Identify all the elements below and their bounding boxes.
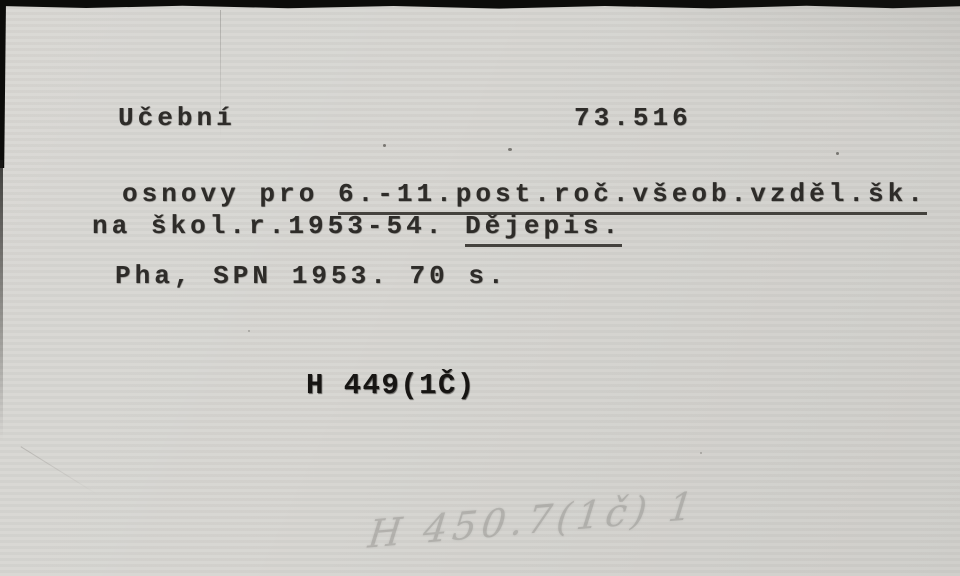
paper-speck — [383, 144, 386, 147]
classification-number: 73.516 — [574, 103, 692, 133]
pencil-annotation: H 450.7(1č) 1 — [366, 483, 701, 556]
heading-word: Učební — [118, 103, 236, 133]
title-line-1-underlined: 6.-11.post.roč.všeob.vzděl.šk. — [338, 179, 927, 215]
title-line-2: na škol.r.1953-54. Dějepis. — [92, 211, 622, 241]
scan-edge-left-fade — [0, 160, 3, 440]
shelf-mark: H 449(1Č) — [306, 369, 476, 402]
paper-speck — [836, 152, 839, 155]
paper-speck — [508, 148, 512, 151]
title-line-2-prefix: na škol.r.1953-54. — [92, 211, 465, 241]
scan-edge-left — [0, 0, 6, 168]
title-line-1: osnovy pro 6.-11.post.roč.všeob.vzděl.šk… — [122, 179, 927, 209]
title-line-2-underlined: Dějepis. — [465, 211, 622, 247]
scan-shading — [660, 0, 960, 120]
title-line-1-prefix: osnovy pro — [122, 179, 338, 209]
paper-crease — [21, 446, 98, 495]
paper-speck — [248, 330, 250, 332]
catalog-card-scan: Učební 73.516 osnovy pro 6.-11.post.roč.… — [0, 0, 960, 576]
imprint-line: Pha, SPN 1953. 70 s. — [115, 261, 508, 291]
paper-speck — [700, 452, 702, 454]
